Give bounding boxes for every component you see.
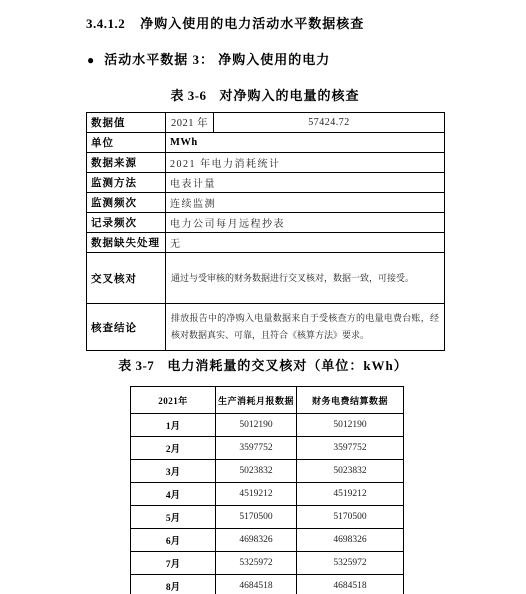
row-label-cell: 核查结论 xyxy=(87,304,166,351)
row-label-cell: 单位 xyxy=(87,133,166,153)
finance-value-cell: 5170500 xyxy=(297,506,404,529)
row-label-cell: 监测频次 xyxy=(87,193,166,213)
row-label-cell: 数据值 xyxy=(87,113,166,133)
table36-caption: 表 3-6对净购入的电量的核查 xyxy=(86,85,444,104)
table-row: 3月 5023832 5023832 xyxy=(131,460,404,483)
row-label-cell: 数据来源 xyxy=(87,153,166,173)
production-value-cell: 5170500 xyxy=(216,506,297,529)
production-value-cell: 4684518 xyxy=(216,575,297,594)
finance-value-cell: 5012190 xyxy=(297,414,404,437)
month-cell: 3月 xyxy=(131,460,216,483)
finance-value-cell: 4698326 xyxy=(297,529,404,552)
month-cell: 7月 xyxy=(131,552,216,575)
finance-value-cell: 5325972 xyxy=(297,552,404,575)
table-3-6: 数据值 2021 年 57424.72 单位 MWh 数据来源 2021 年电力… xyxy=(86,112,445,351)
activity-data-line: ●活动水平数据 3： 净购入使用的电力 xyxy=(87,49,330,68)
missing-data-cell: 无 xyxy=(166,233,445,253)
table-row: 数据来源 2021 年电力消耗统计 xyxy=(87,153,445,173)
table-row: 6月 4698326 4698326 xyxy=(131,529,404,552)
monitoring-frequency-cell: 连续监测 xyxy=(166,193,445,213)
table36-caption-title: 对净购入的电量的核查 xyxy=(220,88,360,103)
row-label-cell: 监测方法 xyxy=(87,173,166,193)
finance-value-cell: 3597752 xyxy=(297,437,404,460)
production-value-cell: 4519212 xyxy=(216,483,297,506)
table-row: 5月 5170500 5170500 xyxy=(131,506,404,529)
month-cell: 4月 xyxy=(131,483,216,506)
section-title: 净购入使用的电力活动水平数据核查 xyxy=(140,16,364,31)
table-row: 监测频次 连续监测 xyxy=(87,193,445,213)
table-3-7: 2021年 生产消耗月报数据 财务电费结算数据 1月 5012190 50121… xyxy=(130,386,404,594)
table-row: 记录频次 电力公司每月远程抄表 xyxy=(87,213,445,233)
finance-column-header: 财务电费结算数据 xyxy=(297,387,404,414)
month-cell: 6月 xyxy=(131,529,216,552)
table-row: 2月 3597752 3597752 xyxy=(131,437,404,460)
unit-cell: MWh xyxy=(166,133,445,153)
activity-data-label: 活动水平数据 3： 净购入使用的电力 xyxy=(104,52,330,67)
record-frequency-cell: 电力公司每月远程抄表 xyxy=(166,213,445,233)
data-value-cell: 57424.72 xyxy=(214,113,445,133)
row-label-cell: 交叉核对 xyxy=(87,253,166,304)
table-row: 单位 MWh xyxy=(87,133,445,153)
finance-value-cell: 4519212 xyxy=(297,483,404,506)
section-number: 3.4.1.2 xyxy=(86,16,125,31)
month-cell: 2月 xyxy=(131,437,216,460)
row-label-cell: 记录频次 xyxy=(87,213,166,233)
month-cell: 5月 xyxy=(131,506,216,529)
monitoring-method-cell: 电表计量 xyxy=(166,173,445,193)
table36-caption-number: 表 3-6 xyxy=(170,88,206,103)
table37-caption-title: 电力消耗量的交叉核对（单位：kWh） xyxy=(167,358,407,373)
table-header-row: 2021年 生产消耗月报数据 财务电费结算数据 xyxy=(131,387,404,414)
bullet-icon: ● xyxy=(87,53,94,67)
finance-value-cell: 5023832 xyxy=(297,460,404,483)
row-label-cell: 数据缺失处理 xyxy=(87,233,166,253)
production-value-cell: 5325972 xyxy=(216,552,297,575)
table-row: 8月 4684518 4684518 xyxy=(131,575,404,594)
finance-value-cell: 4684518 xyxy=(297,575,404,594)
section-heading: 3.4.1.2净购入使用的电力活动水平数据核查 xyxy=(86,13,364,32)
cross-check-cell: 通过与受审核的财务数据进行交叉核对，数据一致，可接受。 xyxy=(166,253,445,304)
table-row: 核查结论 排放报告中的净购入电量数据来自于受核查方的电量电费台账，经核对数据真实… xyxy=(87,304,445,351)
document-page: 3.4.1.2净购入使用的电力活动水平数据核查 ●活动水平数据 3： 净购入使用… xyxy=(0,0,526,594)
table-row: 7月 5325972 5325972 xyxy=(131,552,404,575)
table-row: 4月 4519212 4519212 xyxy=(131,483,404,506)
month-cell: 8月 xyxy=(131,575,216,594)
table37-caption-number: 表 3-7 xyxy=(118,358,154,373)
table37-caption: 表 3-7电力消耗量的交叉核对（单位：kWh） xyxy=(113,355,413,374)
table-row: 监测方法 电表计量 xyxy=(87,173,445,193)
production-value-cell: 4698326 xyxy=(216,529,297,552)
year-cell: 2021 年 xyxy=(166,113,214,133)
month-cell: 1月 xyxy=(131,414,216,437)
table-row: 交叉核对 通过与受审核的财务数据进行交叉核对，数据一致，可接受。 xyxy=(87,253,445,304)
production-value-cell: 3597752 xyxy=(216,437,297,460)
data-source-cell: 2021 年电力消耗统计 xyxy=(166,153,445,173)
production-column-header: 生产消耗月报数据 xyxy=(216,387,297,414)
conclusion-cell: 排放报告中的净购入电量数据来自于受核查方的电量电费台账，经核对数据真实、可靠，且… xyxy=(166,304,445,351)
production-value-cell: 5023832 xyxy=(216,460,297,483)
production-value-cell: 5012190 xyxy=(216,414,297,437)
table-row: 数据值 2021 年 57424.72 xyxy=(87,113,445,133)
table-row: 数据缺失处理 无 xyxy=(87,233,445,253)
year-column-header: 2021年 xyxy=(131,387,216,414)
table-row: 1月 5012190 5012190 xyxy=(131,414,404,437)
